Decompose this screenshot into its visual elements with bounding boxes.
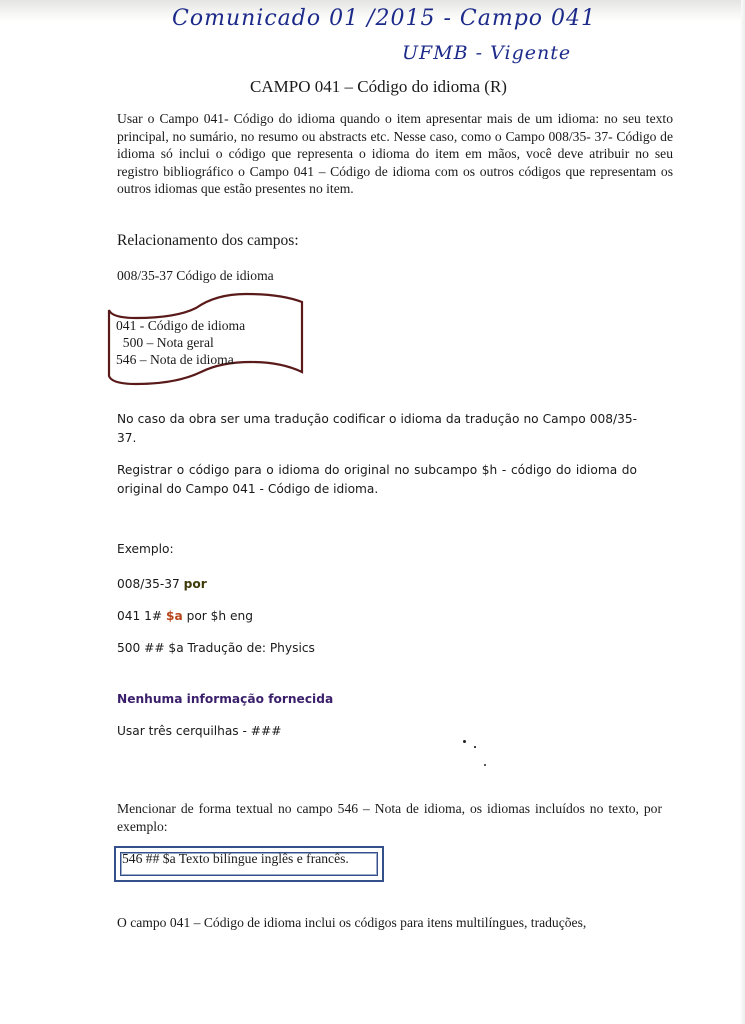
handwritten-annotation-line1: Comunicado 01 /2015 - Campo 041 xyxy=(172,6,596,31)
related-field-546: 546 – Nota de idioma xyxy=(116,351,245,368)
note546-intro: Mencionar de forma textual no campo 546 … xyxy=(117,800,662,835)
note546-example-box: 546 ## $a Texto bilíngue inglês e francê… xyxy=(114,846,384,882)
intro-paragraph: Usar o Campo 041- Código do idioma quand… xyxy=(117,110,673,198)
page-title: CAMPO 041 – Código do idioma (R) xyxy=(0,77,745,97)
scan-speck xyxy=(463,740,466,743)
scan-speck xyxy=(474,746,476,748)
example-008-prefix: 008/35-37 xyxy=(117,577,184,591)
original-language-note: Registrar o código para o idioma do orig… xyxy=(117,461,637,499)
note546-example-text: 546 ## $a Texto bilíngue inglês e francê… xyxy=(122,851,349,867)
handwritten-annotation-line2: UFMB - Vigente xyxy=(402,42,571,64)
example-line-041: 041 1# $a por $h eng xyxy=(117,607,253,626)
relationship-source-field: 008/35-37 Código de idioma xyxy=(117,268,274,284)
related-fields-scroll-box: 041 - Código de idioma 500 – Nota geral … xyxy=(106,288,306,386)
example-041-prefix: 041 1# xyxy=(117,609,166,623)
example-heading: Exemplo: xyxy=(117,540,174,559)
closing-paragraph: O campo 041 – Código de idioma inclui os… xyxy=(117,914,687,932)
example-008-code: por xyxy=(184,577,207,591)
relationship-heading: Relacionamento dos campos: xyxy=(117,232,299,250)
no-info-heading: Nenhuma informação fornecida xyxy=(117,690,333,709)
example-line-008: 008/35-37 por xyxy=(117,575,207,594)
no-info-text: Usar três cerquilhas - ### xyxy=(117,722,281,741)
example-041-suffix: por $h eng xyxy=(183,609,253,623)
related-field-041: 041 - Código de idioma xyxy=(116,317,245,334)
translation-note: No caso da obra ser uma tradução codific… xyxy=(117,410,637,448)
example-line-500: 500 ## $a Tradução de: Physics xyxy=(117,639,315,658)
scan-right-edge xyxy=(741,0,745,1024)
related-field-500: 500 – Nota geral xyxy=(116,334,245,351)
scan-speck xyxy=(484,764,486,766)
example-041-subfield-a: $a xyxy=(166,609,183,623)
